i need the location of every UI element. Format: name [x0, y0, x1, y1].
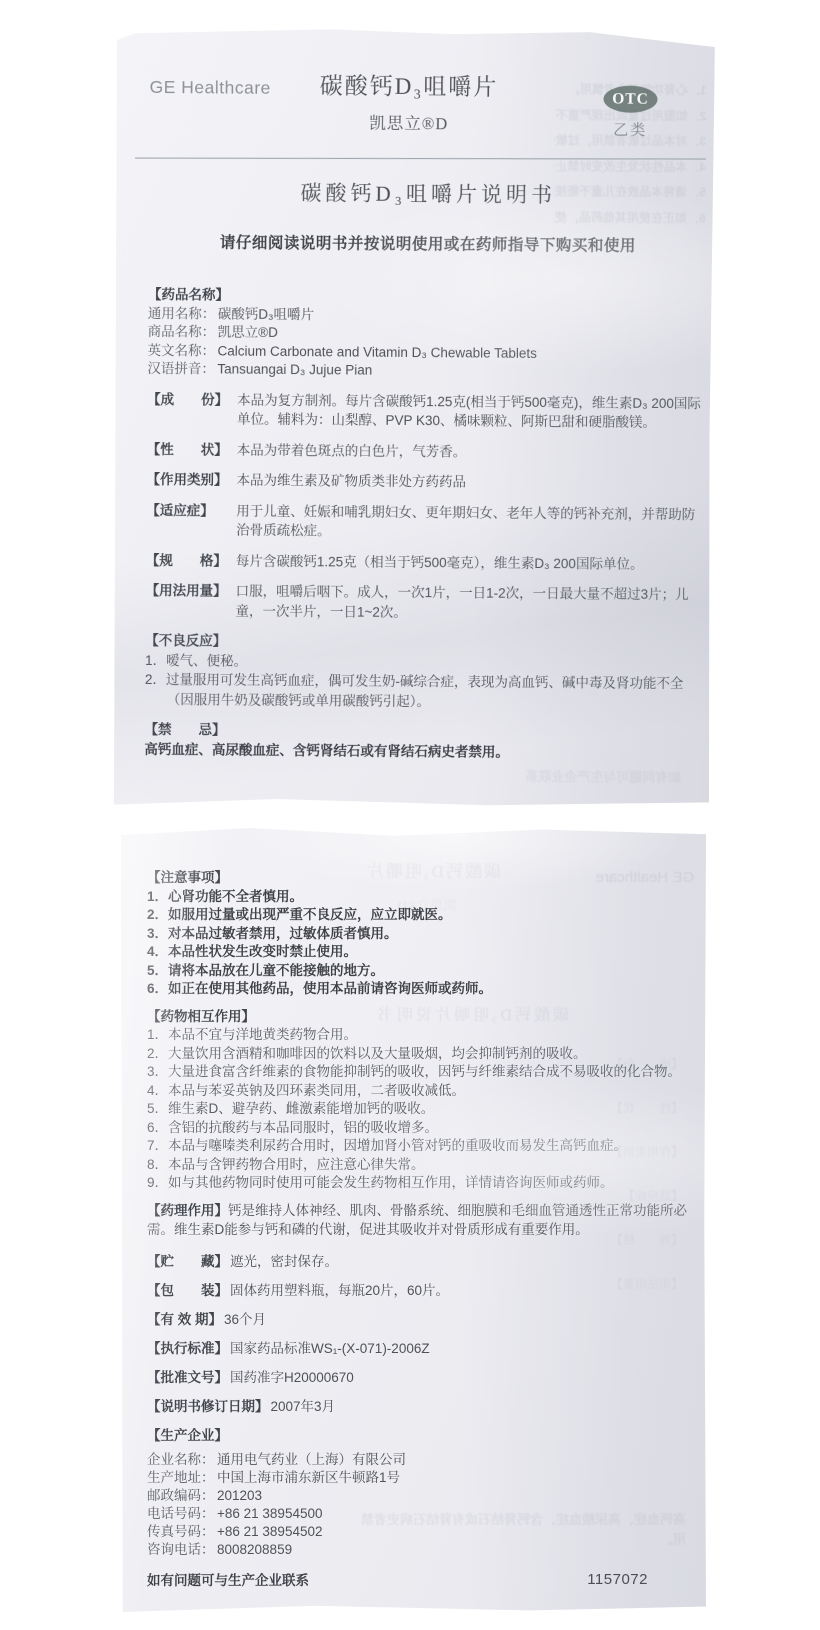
drug-name-rows: 通用名称： 碳酸钙D₃咀嚼片 商品名称： 凯思立®D 英文名称： Calcium… [147, 304, 707, 382]
section-text: 本品为带着色斑点的白色片，气芳香。 [237, 440, 706, 463]
section-label: 【批准文号】 [147, 1370, 228, 1385]
section-text: 国药准字H20000670 [230, 1370, 354, 1385]
leaflet-section: 【成 份】 本品为复方制剂。每片含碳酸钙1.25克(相当于钙500毫克)，维生素… [147, 389, 706, 432]
leaflet-header: GE Healthcare 碳酸钙D₃咀嚼片 凯思立®D OTC 乙类 [149, 70, 709, 148]
serial-number: 1157072 [587, 1570, 648, 1590]
leaflet-section: 【执行标准】国家药品标准WS₁-(X-071)-2006Z [147, 1339, 692, 1358]
section-label: 【药理作用】 [147, 1203, 228, 1218]
manufacturer-row: 电话号码： +86 21 38954500 [147, 1505, 692, 1523]
drug-name-section: 【药品名称】 通用名称： 碳酸钙D₃咀嚼片 商品名称： 凯思立®D 英文名称： … [147, 285, 707, 383]
row-value: 201203 [217, 1487, 692, 1505]
row-value: 通用电气药业（上海）有限公司 [217, 1451, 692, 1469]
contraindication-text: 高钙血症、高尿酸血症、含钙肾结石或有肾结石病史者禁用。 [144, 739, 703, 763]
page1-sections: 【成 份】 本品为复方制剂。每片含碳酸钙1.25克(相当于钙500毫克)，维生素… [145, 389, 706, 624]
adverse-items: 1．嗳气、便秘。 2．过量服用可发生高钙血症，偶可发生奶-碱综合症，表现为高血钙… [145, 650, 704, 713]
manufacturer-row: 生产地址： 中国上海市浦东新区牛顿路1号 [147, 1469, 692, 1487]
section-label: 【执行标准】 [147, 1341, 228, 1356]
manufacturer-row: 传真号码： +86 21 38954502 [147, 1523, 692, 1541]
section-label: 【规 格】 [146, 550, 236, 570]
precaution-item: 4．本品性状发生改变时禁止使用。 [147, 943, 692, 962]
row-key: 商品名称： [148, 323, 218, 342]
precaution-item: 6．如正在使用其他药品，使用本品前请咨询医师或药师。 [147, 980, 692, 999]
section-label: 【成 份】 [147, 389, 237, 429]
section-label: 【适应症】 [146, 500, 236, 540]
otc-badge: OTC [603, 85, 657, 112]
contraindication-section: 【禁 忌】 高钙血症、高尿酸血症、含钙肾结石或有肾结石病史者禁用。 [144, 720, 703, 763]
leaflet-section: 【性 状】 本品为带着色斑点的白色片，气芳香。 [147, 439, 706, 463]
leaflet-doc-title: 碳酸钙D₃咀嚼片说明书 [149, 178, 708, 210]
interaction-item: 2．大量饮用含酒精和咖啡因的饮料以及大量吸烟，均会抑制钙剂的吸收。 [147, 1045, 692, 1064]
row-key: 汉语拼音： [147, 360, 217, 379]
interaction-item: 8．本品与含钾药物合用时，应注意心律失常。 [147, 1156, 692, 1175]
precaution-item: 2．如服用过量或出现严重不良反应，应立即就医。 [147, 906, 692, 925]
row-value: 中国上海市浦东新区牛顿路1号 [217, 1469, 692, 1487]
manufacturer-row: 企业名称： 通用电气药业（上海）有限公司 [147, 1451, 692, 1469]
pharmacology-text: 钙是维持人体神经、肌肉、骨骼系统、细胞膜和毛细血管通透性正常功能所必需。维生素D… [147, 1203, 687, 1237]
section-text: 国家药品标准WS₁-(X-071)-2006Z [230, 1341, 430, 1356]
section-label: 【用法用量】 [145, 581, 235, 621]
page2-sections: 【贮 藏】遮光，密封保存。 【包 装】固体药用塑料瓶，每瓶20片，60片。 【有… [147, 1252, 692, 1416]
leaflet-section: 【作用类别】 本品为维生素及矿物质类非处方药药品 [146, 470, 705, 494]
row-key: 传真号码： [147, 1523, 217, 1541]
section-text: 用于儿童、妊娠和哺乳期妇女、更年期妇女、老年人等的钙补充剂，并帮助防治骨质疏松症… [236, 501, 705, 544]
leaflet-section: 【适应症】 用于儿童、妊娠和哺乳期妇女、更年期妇女、老年人等的钙补充剂，并帮助防… [146, 500, 705, 543]
section-label: 【有 效 期】 [147, 1312, 222, 1327]
header-divider [135, 158, 706, 160]
precaution-items: 1．心肾功能不全者慎用。 2．如服用过量或出现严重不良反应，应立即就医。 3．对… [147, 888, 692, 999]
section-label: 【生产企业】 [147, 1426, 690, 1445]
adverse-reactions-section: 【不良反应】 1．嗳气、便秘。 2．过量服用可发生高钙血症，偶可发生奶-碱综合症… [145, 631, 705, 713]
section-text: 口服，咀嚼后咽下。成人，一次1片，一日1-2次，一日最大量不超过3片；儿童，一次… [235, 582, 704, 625]
adverse-item: 2．过量服用可发生高钙血症，偶可发生奶-碱综合症，表现为高血钙、碱中毒及肾功能不… [145, 670, 704, 713]
precaution-item: 1．心肾功能不全者慎用。 [147, 888, 692, 907]
section-label: 【贮 藏】 [147, 1254, 228, 1269]
interactions-section: 【药物相互作用】 1．本品不宜与洋地黄类药物合用。 2．大量饮用含酒精和咖啡因的… [147, 1007, 692, 1193]
section-label: 【作用类别】 [146, 470, 236, 490]
section-label: 【药物相互作用】 [147, 1007, 692, 1027]
section-label: 【包 装】 [147, 1283, 228, 1298]
manufacturer-row: 邮政编码： 201203 [147, 1487, 692, 1505]
interaction-item: 6．含铝的抗酸药与本品同服时，铝的吸收增多。 [147, 1119, 692, 1138]
interaction-items: 1．本品不宜与洋地黄类药物合用。 2．大量饮用含酒精和咖啡因的饮料以及大量吸烟，… [147, 1026, 692, 1193]
product-photo-canvas: { "colors":{ "page_background":"#ffffff"… [0, 0, 820, 1630]
manufacturer-section: 【生产企业】 企业名称： 通用电气药业（上海）有限公司 生产地址： 中国上海市浦… [147, 1426, 692, 1559]
section-text: 固体药用塑料瓶，每瓶20片，60片。 [230, 1283, 449, 1298]
section-text: 2007年3月 [271, 1399, 336, 1414]
interaction-item: 7．本品与噻嗪类利尿药合用时，因增加肾小管对钙的重吸收而易发生高钙血症。 [147, 1137, 692, 1156]
precaution-item: 5．请将本品放在儿童不能接触的地方。 [147, 962, 692, 981]
section-text: 遮光，密封保存。 [230, 1254, 338, 1269]
title-block: 碳酸钙D₃咀嚼片 凯思立®D [149, 70, 668, 136]
leaflet-section: 【有 效 期】36个月 [147, 1310, 692, 1329]
interaction-item: 5．维生素D、避孕药、雌激素能增加钙的吸收。 [147, 1100, 692, 1119]
leaflet-section: 【说明书修订日期】2007年3月 [147, 1397, 692, 1416]
row-key: 生产地址： [147, 1469, 217, 1487]
row-key: 电话号码： [147, 1505, 217, 1523]
otc-block: OTC 乙类 [598, 85, 662, 140]
otc-class-label: 乙类 [598, 120, 662, 140]
pharmacology-section: 【药理作用】钙是维持人体神经、肌肉、骨骼系统、细胞膜和毛细血管通透性正常功能所必… [147, 1201, 692, 1239]
interaction-item: 4．本品与苯妥英钠及四环素类同用，二者吸收减低。 [147, 1082, 692, 1101]
section-label: 【性 状】 [147, 439, 237, 459]
row-key: 通用名称： [148, 304, 218, 323]
precaution-item: 3．对本品过敏者禁用，过敏体质者慎用。 [147, 925, 692, 944]
leaflet-section: 【批准文号】国药准字H20000670 [147, 1368, 692, 1387]
leaflet-section: 【包 装】固体药用塑料瓶，每瓶20片，60片。 [147, 1281, 692, 1300]
product-title: 碳酸钙D₃咀嚼片 [149, 70, 668, 104]
leaflet-back-page: 【注意事项】 1．心肾功能不全者慎用。 2．如服用过量或出现严重不良反应，应立即… [121, 828, 706, 1612]
section-text: 本品为复方制剂。每片含碳酸钙1.25克(相当于钙500毫克)，维生素D₃ 200… [237, 390, 706, 433]
section-text: 36个月 [224, 1312, 266, 1327]
section-text: 本品为维生素及矿物质类非处方药药品 [236, 471, 705, 494]
row-value: +86 21 38954500 [217, 1505, 692, 1523]
row-key: 咨询电话： [147, 1541, 217, 1559]
interaction-item: 3．大量进食富含纤维素的食物能抑制钙的吸收，因钙与纤维素结合成不易吸收的化合物。 [147, 1063, 692, 1082]
row-value: 8008208859 [217, 1541, 692, 1559]
section-label: 【注意事项】 [147, 868, 692, 888]
row-key: 企业名称： [147, 1451, 217, 1469]
read-carefully-notice: 请仔细阅读说明书并按说明使用或在药师指导下购买和使用 [148, 232, 707, 258]
section-text: 每片含碳酸钙1.25克（相当于钙500毫克），维生素D₃ 200国际单位。 [236, 551, 705, 574]
trade-name: 凯思立®D [149, 112, 668, 136]
row-key: 邮政编码： [147, 1487, 217, 1505]
leaflet-section: 【规 格】 每片含碳酸钙1.25克（相当于钙500毫克），维生素D₃ 200国际… [146, 550, 705, 574]
precautions-section: 【注意事项】 1．心肾功能不全者慎用。 2．如服用过量或出现严重不良反应，应立即… [147, 868, 692, 999]
interaction-item: 9．如与其他药物同时使用可能会发生药物相互作用，详情请咨询医师或药师。 [147, 1174, 692, 1193]
leaflet-section: 【贮 藏】遮光，密封保存。 [147, 1252, 692, 1271]
row-value: +86 21 38954502 [217, 1523, 692, 1541]
manufacturer-rows: 企业名称： 通用电气药业（上海）有限公司 生产地址： 中国上海市浦东新区牛顿路1… [147, 1451, 692, 1559]
leaflet-front-page: GE Healthcare 碳酸钙D₃咀嚼片 凯思立®D OTC 乙类 碳酸钙D… [111, 28, 715, 810]
showthrough-text: 如有问题可与生产企业联系 [431, 766, 681, 787]
row-key: 英文名称： [147, 341, 217, 360]
section-label: 【说明书修订日期】 [147, 1399, 269, 1414]
interaction-item: 1．本品不宜与洋地黄类药物合用。 [147, 1026, 692, 1045]
manufacturer-row: 咨询电话： 8008208859 [147, 1541, 692, 1559]
drug-name-row: 汉语拼音： Tansuangai D₃ Jujue Pian [147, 360, 706, 383]
leaflet-section: 【用法用量】 口服，咀嚼后咽下。成人，一次1片，一日1-2次，一日最大量不超过3… [145, 581, 704, 624]
row-value: Tansuangai D₃ Jujue Pian [217, 360, 706, 382]
